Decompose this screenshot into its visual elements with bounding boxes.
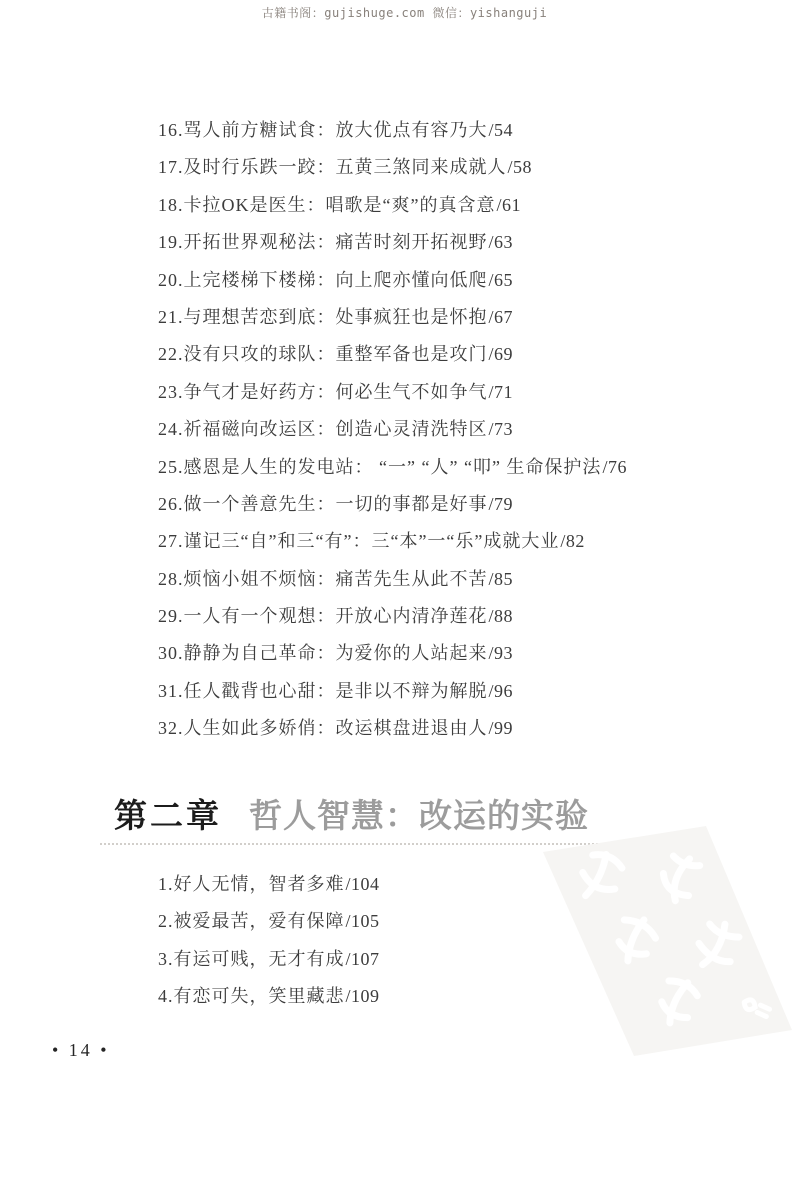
chapter-number-label: 第二章 [114,799,222,835]
toc-entry: 31.任人戳背也心甜：是非以不辩为解脱/96 [158,673,627,710]
toc-entry: 27.谨记三“自”和三“有”：三“本”一“乐”成就大业/82 [158,523,627,560]
toc-entry-text: 21.与理想苦恋到底：处事疯狂也是怀抱 [158,307,488,327]
toc-entry-page: /76 [601,457,627,477]
toc-entry-text: 20.上完楼梯下楼梯：向上爬亦懂向低爬 [158,270,488,290]
toc-entry: 25.感恩是人生的发电站： “一” “人” “叩” 生命保护法/76 [158,449,627,486]
toc-entry: 17.及时行乐跌一跤：五黄三煞同来成就人/58 [158,149,627,186]
toc-entry-page: /107 [345,949,380,969]
page-number: • 14 • [52,1040,110,1061]
toc-entry-page: /69 [488,344,514,364]
toc-entry-page: /54 [488,120,514,140]
dotted-divider [100,843,710,845]
toc-entry-page: /104 [345,874,380,894]
toc-entry-page: /73 [488,419,514,439]
toc-entry-page: /79 [488,494,514,514]
toc-entry-text: 24.祈福磁向改运区：创造心灵清洗特区 [158,419,488,439]
toc-entry-text: 28.烦恼小姐不烦恼：痛苦先生从此不苦 [158,569,488,589]
toc-entry: 4.有恋可失，笑里藏悲/109 [158,978,380,1015]
toc-entry-text: 3.有运可贱，无才有成 [158,949,345,969]
toc-entry-page: /85 [488,569,514,589]
toc-entry-page: /58 [507,157,533,177]
toc-entry-text: 18.卡拉OK是医生：唱歌是“爽”的真含意 [158,195,495,215]
toc-entry-page: /88 [488,606,514,626]
toc-list-chapter2: 1.好人无情，智者多难/104 2.被爱最苦，爱有保障/105 3.有运可贱，无… [158,866,380,1016]
toc-entry: 21.与理想苦恋到底：处事疯狂也是怀抱/67 [158,299,627,336]
toc-entry-page: /63 [488,232,514,252]
toc-entry-page: /105 [345,911,380,931]
toc-entry: 19.开拓世界观秘法：痛苦时刻开拓视野/63 [158,224,627,261]
watermark-stamp [535,818,803,1064]
toc-entry: 32.人生如此多娇俏：改运棋盘进退由人/99 [158,710,627,747]
toc-entry: 26.做一个善意先生：一切的事都是好事/79 [158,486,627,523]
toc-entry-text: 31.任人戳背也心甜：是非以不辩为解脱 [158,681,488,701]
toc-entry-text: 23.争气才是好药方：何必生气不如争气 [158,382,488,402]
toc-entry-text: 25.感恩是人生的发电站： “一” “人” “叩” 生命保护法 [158,457,601,477]
toc-entry-text: 17.及时行乐跌一跤：五黄三煞同来成就人 [158,157,507,177]
toc-entry-text: 22.没有只攻的球队：重整军备也是攻门 [158,344,488,364]
toc-entry: 29.一人有一个观想：开放心内清净莲花/88 [158,598,627,635]
toc-entry: 23.争气才是好药方：何必生气不如争气/71 [158,374,627,411]
toc-entry-text: 30.静静为自己革命：为爱你的人站起来 [158,643,488,663]
toc-entry-page: /71 [488,382,514,402]
toc-list-chapter1: 16.骂人前方糖试食：放大优点有容乃大/54 17.及时行乐跌一跤：五黄三煞同来… [158,112,627,748]
site-credit: 古籍书阁：gujishuge.com 微信：yishanguji [0,4,809,21]
toc-entry-page: /99 [488,718,514,738]
toc-entry: 28.烦恼小姐不烦恼：痛苦先生从此不苦/85 [158,561,627,598]
toc-entry-page: /96 [488,681,514,701]
toc-entry-text: 16.骂人前方糖试食：放大优点有容乃大 [158,120,488,140]
toc-entry: 1.好人无情，智者多难/104 [158,866,380,903]
toc-entry: 24.祈福磁向改运区：创造心灵清洗特区/73 [158,411,627,448]
toc-entry-page: /109 [345,986,380,1006]
toc-entry: 18.卡拉OK是医生：唱歌是“爽”的真含意/61 [158,187,627,224]
toc-entry-page: /93 [488,643,514,663]
toc-entry: 30.静静为自己革命：为爱你的人站起来/93 [158,635,627,672]
toc-entry-text: 32.人生如此多娇俏：改运棋盘进退由人 [158,718,488,738]
toc-entry-page: /65 [488,270,514,290]
toc-entry-text: 4.有恋可失，笑里藏悲 [158,986,345,1006]
chapter-heading: 第二章哲人智慧：改运的实验 [114,790,589,837]
toc-entry: 16.骂人前方糖试食：放大优点有容乃大/54 [158,112,627,149]
toc-entry-text: 1.好人无情，智者多难 [158,874,345,894]
toc-entry: 20.上完楼梯下楼梯：向上爬亦懂向低爬/65 [158,262,627,299]
toc-entry-text: 27.谨记三“自”和三“有”：三“本”一“乐”成就大业 [158,531,559,551]
toc-entry: 22.没有只攻的球队：重整军备也是攻门/69 [158,336,627,373]
chapter-title: 哲人智慧：改运的实验 [249,799,589,835]
toc-entry-text: 19.开拓世界观秘法：痛苦时刻开拓视野 [158,232,488,252]
toc-entry: 2.被爱最苦，爱有保障/105 [158,903,380,940]
toc-entry-page: /82 [559,531,585,551]
toc-entry-text: 29.一人有一个观想：开放心内清净莲花 [158,606,488,626]
toc-entry: 3.有运可贱，无才有成/107 [158,941,380,978]
toc-entry-page: /67 [488,307,514,327]
book-page: 古籍书阁：gujishuge.com 微信：yishanguji 16.骂人前方… [0,0,809,1180]
toc-entry-text: 2.被爱最苦，爱有保障 [158,911,345,931]
toc-entry-text: 26.做一个善意先生：一切的事都是好事 [158,494,488,514]
toc-entry-page: /61 [495,195,521,215]
